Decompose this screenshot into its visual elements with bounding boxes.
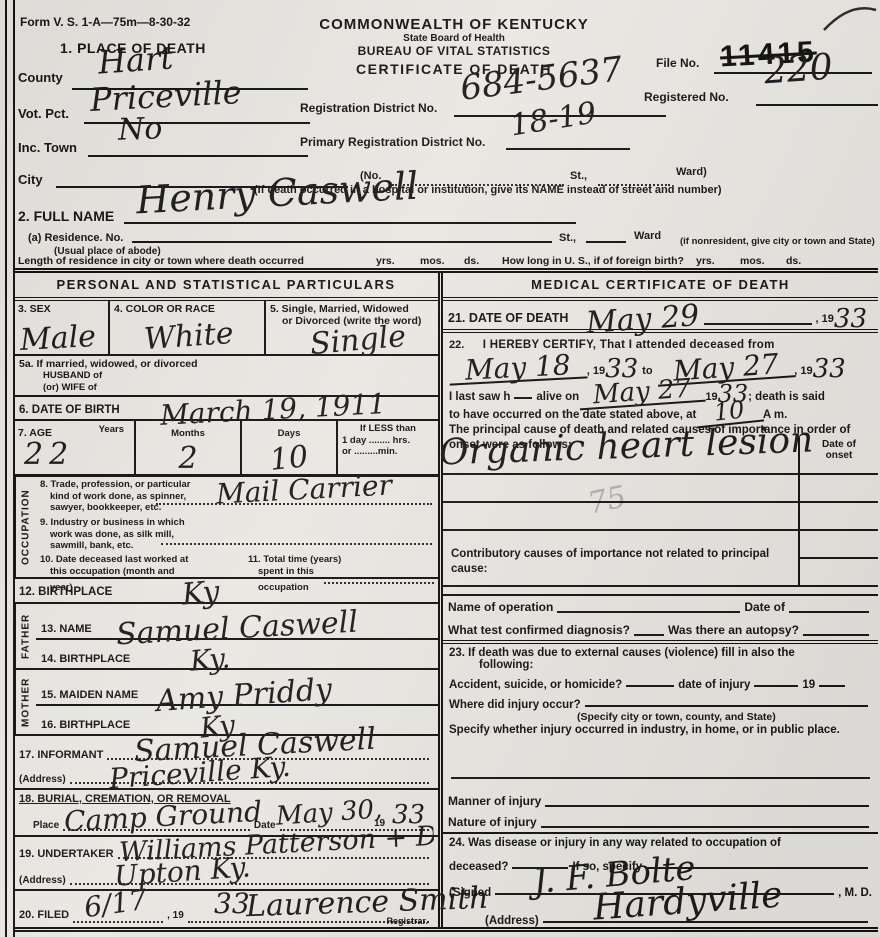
undertaker-row: 19. UNDERTAKER Williams Patterson + Dix … [14, 837, 438, 891]
industry-row: 9. Industry or business in which work wa… [36, 515, 438, 552]
ds-label: ds. [464, 255, 479, 267]
registrar-label: Registrar. [386, 916, 428, 926]
occupation-rows: 8. Trade, profession, or particular kind… [36, 477, 438, 577]
filed-date-value: 6/17 [83, 887, 149, 921]
pen-stroke-mark [822, 0, 878, 34]
where-injury-blank [585, 703, 868, 707]
informant-row: 17. INFORMANT Samuel Caswell (Address) P… [14, 736, 438, 790]
onset-rule-5 [800, 585, 878, 587]
undertaker-address-label: (Address) [19, 875, 66, 886]
how-long-us-label: How long in U. S., if of foreign birth? [502, 255, 684, 267]
residence-st-label: St., [559, 232, 576, 244]
filed-row: 20. FILED , 19 6/17 33 Laurence Smith Re… [14, 891, 438, 927]
age-months-cell: Months 2 [136, 421, 242, 474]
residence-st-line [586, 225, 626, 243]
physician-address-label: (Address) [485, 915, 539, 927]
informant-address-label: (Address) [19, 774, 66, 785]
full-name-label: 2. FULL NAME [18, 208, 114, 224]
operation-row: Name of operation Date of [443, 596, 878, 617]
last-worked-label-1: 10. Date deceased last worked at [40, 554, 240, 565]
marital-value: Single [309, 323, 407, 358]
age-years-cell: 7. AGE Years 22 [14, 421, 136, 474]
vot-pct-value: Priceville [89, 78, 242, 115]
cause-rule-3 [443, 529, 798, 531]
mos-label-2: mos. [740, 255, 765, 267]
deceased-label: deceased? [449, 861, 508, 873]
personal-section-title: PERSONAL AND STATISTICAL PARTICULARS [14, 273, 438, 301]
birthplace-row: 12. BIRTHPLACE Ky [14, 579, 438, 604]
item-23-label: 23. If death was due to external causes … [449, 647, 872, 659]
father-block: FATHER 13. NAME Samuel Caswell 14. BIRTH… [14, 604, 438, 670]
date-of-birth-row: 6. DATE OF BIRTH March 19, 1911 [14, 397, 438, 421]
where-injury-line: Where did injury occur? [449, 691, 872, 711]
days-label: Days [278, 428, 301, 439]
occupation-relation-block: 24. Was disease or injury in any way rel… [443, 832, 878, 927]
father-birthplace-label: 14. BIRTHPLACE [41, 653, 130, 665]
marital-cell: 5. Single, Married, Widowed or Divorced … [266, 301, 438, 354]
mos-label: mos. [420, 255, 445, 267]
personal-particulars-column: PERSONAL AND STATISTICAL PARTICULARS 3. … [14, 273, 438, 927]
from-year-prefix: , 19 [587, 365, 605, 377]
father-name-label: 13. NAME [41, 623, 92, 635]
burial-place-label: Place [33, 820, 59, 831]
residence-label: (a) Residence. No. [28, 232, 123, 244]
county-label: County [18, 70, 63, 85]
test-label: What test confirmed diagnosis? [448, 623, 630, 637]
less-than-line3: or .........min. [342, 446, 434, 457]
marital-label-1: 5. Single, Married, Widowed [270, 303, 434, 315]
burial-date-value: May 30, [275, 798, 383, 829]
spacer [449, 738, 872, 777]
mother-maiden-label: 15. MAIDEN NAME [41, 689, 138, 701]
burial-year-value: 33 [392, 804, 425, 827]
operation-label: Name of operation [448, 600, 553, 614]
age-days-cell: Days 10 [242, 421, 338, 474]
burial-place-value: Camp Ground [63, 799, 262, 835]
sex-cell: 3. SEX Male [14, 301, 110, 354]
color-race-value: White [143, 320, 234, 353]
primary-district-label: Primary Registration District No. [300, 135, 485, 149]
vot-pct-label: Vot. Pct. [18, 106, 69, 121]
item-24-label: 24. Was disease or injury in any way rel… [449, 837, 872, 849]
trade-row: 8. Trade, profession, or particular kind… [36, 477, 438, 515]
less-than-day-cell: If LESS than 1 day ........ hrs. or ....… [338, 421, 438, 474]
undertaker-label: 19. UNDERTAKER [19, 848, 114, 860]
birthplace-label: 12. BIRTHPLACE [19, 586, 112, 598]
md-label: , M. D. [838, 887, 872, 899]
inc-town-label: Inc. Town [18, 140, 77, 155]
last-saw-label: I last saw h [449, 391, 510, 403]
mother-maiden-row: 15. MAIDEN NAME Amy Priddy [36, 670, 438, 706]
injury-date-label: date of injury [678, 679, 750, 691]
onset-rule-3 [800, 529, 878, 531]
file-no-label: File No. [656, 56, 699, 70]
onset-rule-4 [800, 557, 878, 559]
date-of-death-line [704, 321, 812, 325]
accident-label: Accident, suicide, or homicide? [449, 679, 622, 691]
date-of-death-label: 21. DATE OF DEATH [448, 311, 568, 325]
informant-label: 17. INFORMANT [19, 749, 103, 761]
sex-value: Male [19, 323, 96, 354]
manner-of-injury-line [545, 803, 869, 807]
injury-19-label: 19 [802, 679, 815, 691]
medical-certificate-column: MEDICAL CERTIFICATE OF DEATH 21. DATE OF… [438, 273, 878, 927]
father-name-row: 13. NAME Samuel Caswell [36, 604, 438, 640]
occurred-label: to have occurred on the date stated abov… [449, 409, 696, 421]
board-subtitle: State Board of Health [282, 33, 626, 44]
date-of-death-year-prefix: , 19 [816, 313, 834, 325]
occupation-block: OCCUPATION 8. Trade, profession, or part… [14, 477, 438, 579]
certificate-body: PERSONAL AND STATISTICAL PARTICULARS 3. … [14, 268, 878, 932]
nature-of-injury-label: Nature of injury [448, 815, 537, 829]
accident-blank [626, 683, 674, 687]
age-months-value: 2 [140, 445, 236, 472]
form-number: Form V. S. 1-A—75m—8-30-32 [20, 15, 190, 29]
operation-line [557, 609, 740, 613]
date-of-label: Date of [744, 600, 785, 614]
industry-line [161, 521, 432, 545]
mother-birthplace-label: 16. BIRTHPLACE [41, 719, 130, 731]
father-rows: 13. NAME Samuel Caswell 14. BIRTHPLACE K… [36, 604, 438, 668]
occupation-side-label: OCCUPATION [14, 477, 36, 577]
injury-extra-line [451, 777, 870, 779]
sex-color-marital-row: 3. SEX Male 4. COLOR OR RACE White 5. Si… [14, 301, 438, 356]
mother-rows: 15. MAIDEN NAME Amy Priddy 16. BIRTHPLAC… [36, 670, 438, 734]
filed-label: 20. FILED [19, 909, 69, 921]
date-of-line [789, 609, 869, 613]
date-of-death-value: May 29 [586, 302, 701, 337]
residence-ward-label: Ward [634, 230, 661, 242]
registration-district-label: Registration District No. [300, 101, 437, 115]
nature-of-injury-row: Nature of injury [443, 811, 878, 832]
test-line [634, 632, 664, 636]
test-autopsy-row: What test confirmed diagnosis? Was there… [443, 617, 878, 644]
manner-of-injury-row: Manner of injury [443, 787, 878, 812]
death-certificate-scan: Form V. S. 1-A—75m—8-30-32 1. PLACE OF D… [0, 0, 880, 937]
county-value: Hart [97, 43, 174, 77]
to-year-value: 33 [813, 358, 846, 381]
certificate-header: Form V. S. 1-A—75m—8-30-32 1. PLACE OF D… [14, 0, 880, 268]
to-year-prefix: , 19 [794, 365, 812, 377]
city-st-line [598, 162, 670, 186]
external-causes-block: 23. If death was due to external causes … [443, 644, 878, 787]
accident-line: Accident, suicide, or homicide? date of … [449, 671, 872, 691]
registered-no-value: 220 [763, 52, 834, 89]
autopsy-label: Was there an autopsy? [668, 623, 799, 637]
city-label: City [18, 172, 43, 187]
ds-label-2: ds. [786, 255, 801, 267]
length-residence-label: Length of residence in city or town wher… [18, 255, 304, 267]
manner-of-injury-label: Manner of injury [448, 794, 541, 808]
cause-rule-1 [443, 473, 798, 475]
color-race-label: 4. COLOR OR RACE [114, 303, 260, 315]
onset-rule-2 [800, 501, 878, 503]
sex-label: 3. SEX [18, 303, 104, 315]
signed-label: (Signed [449, 887, 491, 899]
onset-rule-1 [800, 473, 878, 475]
less-than-line1: If LESS than [342, 423, 434, 434]
residence-note: (if nonresident, give city or town and S… [680, 236, 875, 247]
filed-year-prefix: , 19 [167, 910, 184, 921]
contributory-label: Contributory causes of importance not re… [451, 547, 781, 577]
specify-whether-label: Specify whether injury occurred in indus… [449, 723, 854, 738]
injury-date-blank [754, 683, 798, 687]
yrs-label: yrs. [376, 255, 395, 267]
years-label: Years [99, 424, 124, 435]
age-years-value: 22 [24, 441, 74, 468]
city-ward-label: Ward) [676, 166, 707, 178]
city-st-label: St., [570, 170, 587, 182]
attended-from-value: May 18 [448, 352, 587, 386]
specify-city-note: (Specify city or town, county, and State… [449, 711, 872, 723]
dob-label: 6. DATE OF BIRTH [19, 404, 120, 416]
date-of-death-row: 21. DATE OF DEATH May 29 , 19 33 [443, 301, 878, 333]
nature-of-injury-line [541, 824, 869, 828]
certify-block: 22. I HEREBY CERTIFY, That I attended de… [443, 333, 878, 437]
trade-value: Mail Carrier [215, 473, 392, 507]
months-label: Months [171, 428, 205, 439]
item-22-number: 22. [449, 339, 464, 351]
where-injury-label: Where did injury occur? [449, 699, 581, 711]
faint-pencil-mark: 75 [586, 484, 629, 518]
husband-of-label: HUSBAND of [19, 370, 433, 381]
medical-section-title: MEDICAL CERTIFICATE OF DEATH [443, 273, 878, 301]
date-of-death-year: 33 [834, 308, 867, 331]
commonwealth-title: COMMONWEALTH OF KENTUCKY [282, 16, 626, 33]
father-birthplace-row: 14. BIRTHPLACE Ky. [36, 640, 438, 668]
father-side-label: FATHER [14, 604, 36, 668]
yrs-label-2: yrs. [696, 255, 715, 267]
less-than-line2: 1 day ........ hrs. [342, 435, 434, 446]
cause-of-death-area: Date of onset Organic heart lesion 75 Co… [443, 437, 878, 596]
autopsy-line [803, 632, 869, 636]
mother-side-label: MOTHER [14, 670, 36, 734]
injury-19-blank [819, 683, 845, 687]
item-23-following: following: [449, 659, 872, 671]
last-saw-blank [514, 395, 532, 399]
cause-of-death-value: Organic heart lesion [439, 425, 814, 470]
registered-no-label: Registered No. [644, 90, 729, 104]
cause-rule-4 [443, 585, 798, 587]
inc-town-value: No [118, 115, 163, 144]
row-5a-label: 5a. If married, widowed, or divorced [19, 358, 433, 370]
alive-on-label: alive on [536, 391, 579, 403]
residence-line [132, 225, 552, 243]
filed-year-value: 33 [214, 891, 250, 916]
color-race-cell: 4. COLOR OR RACE White [110, 301, 266, 354]
